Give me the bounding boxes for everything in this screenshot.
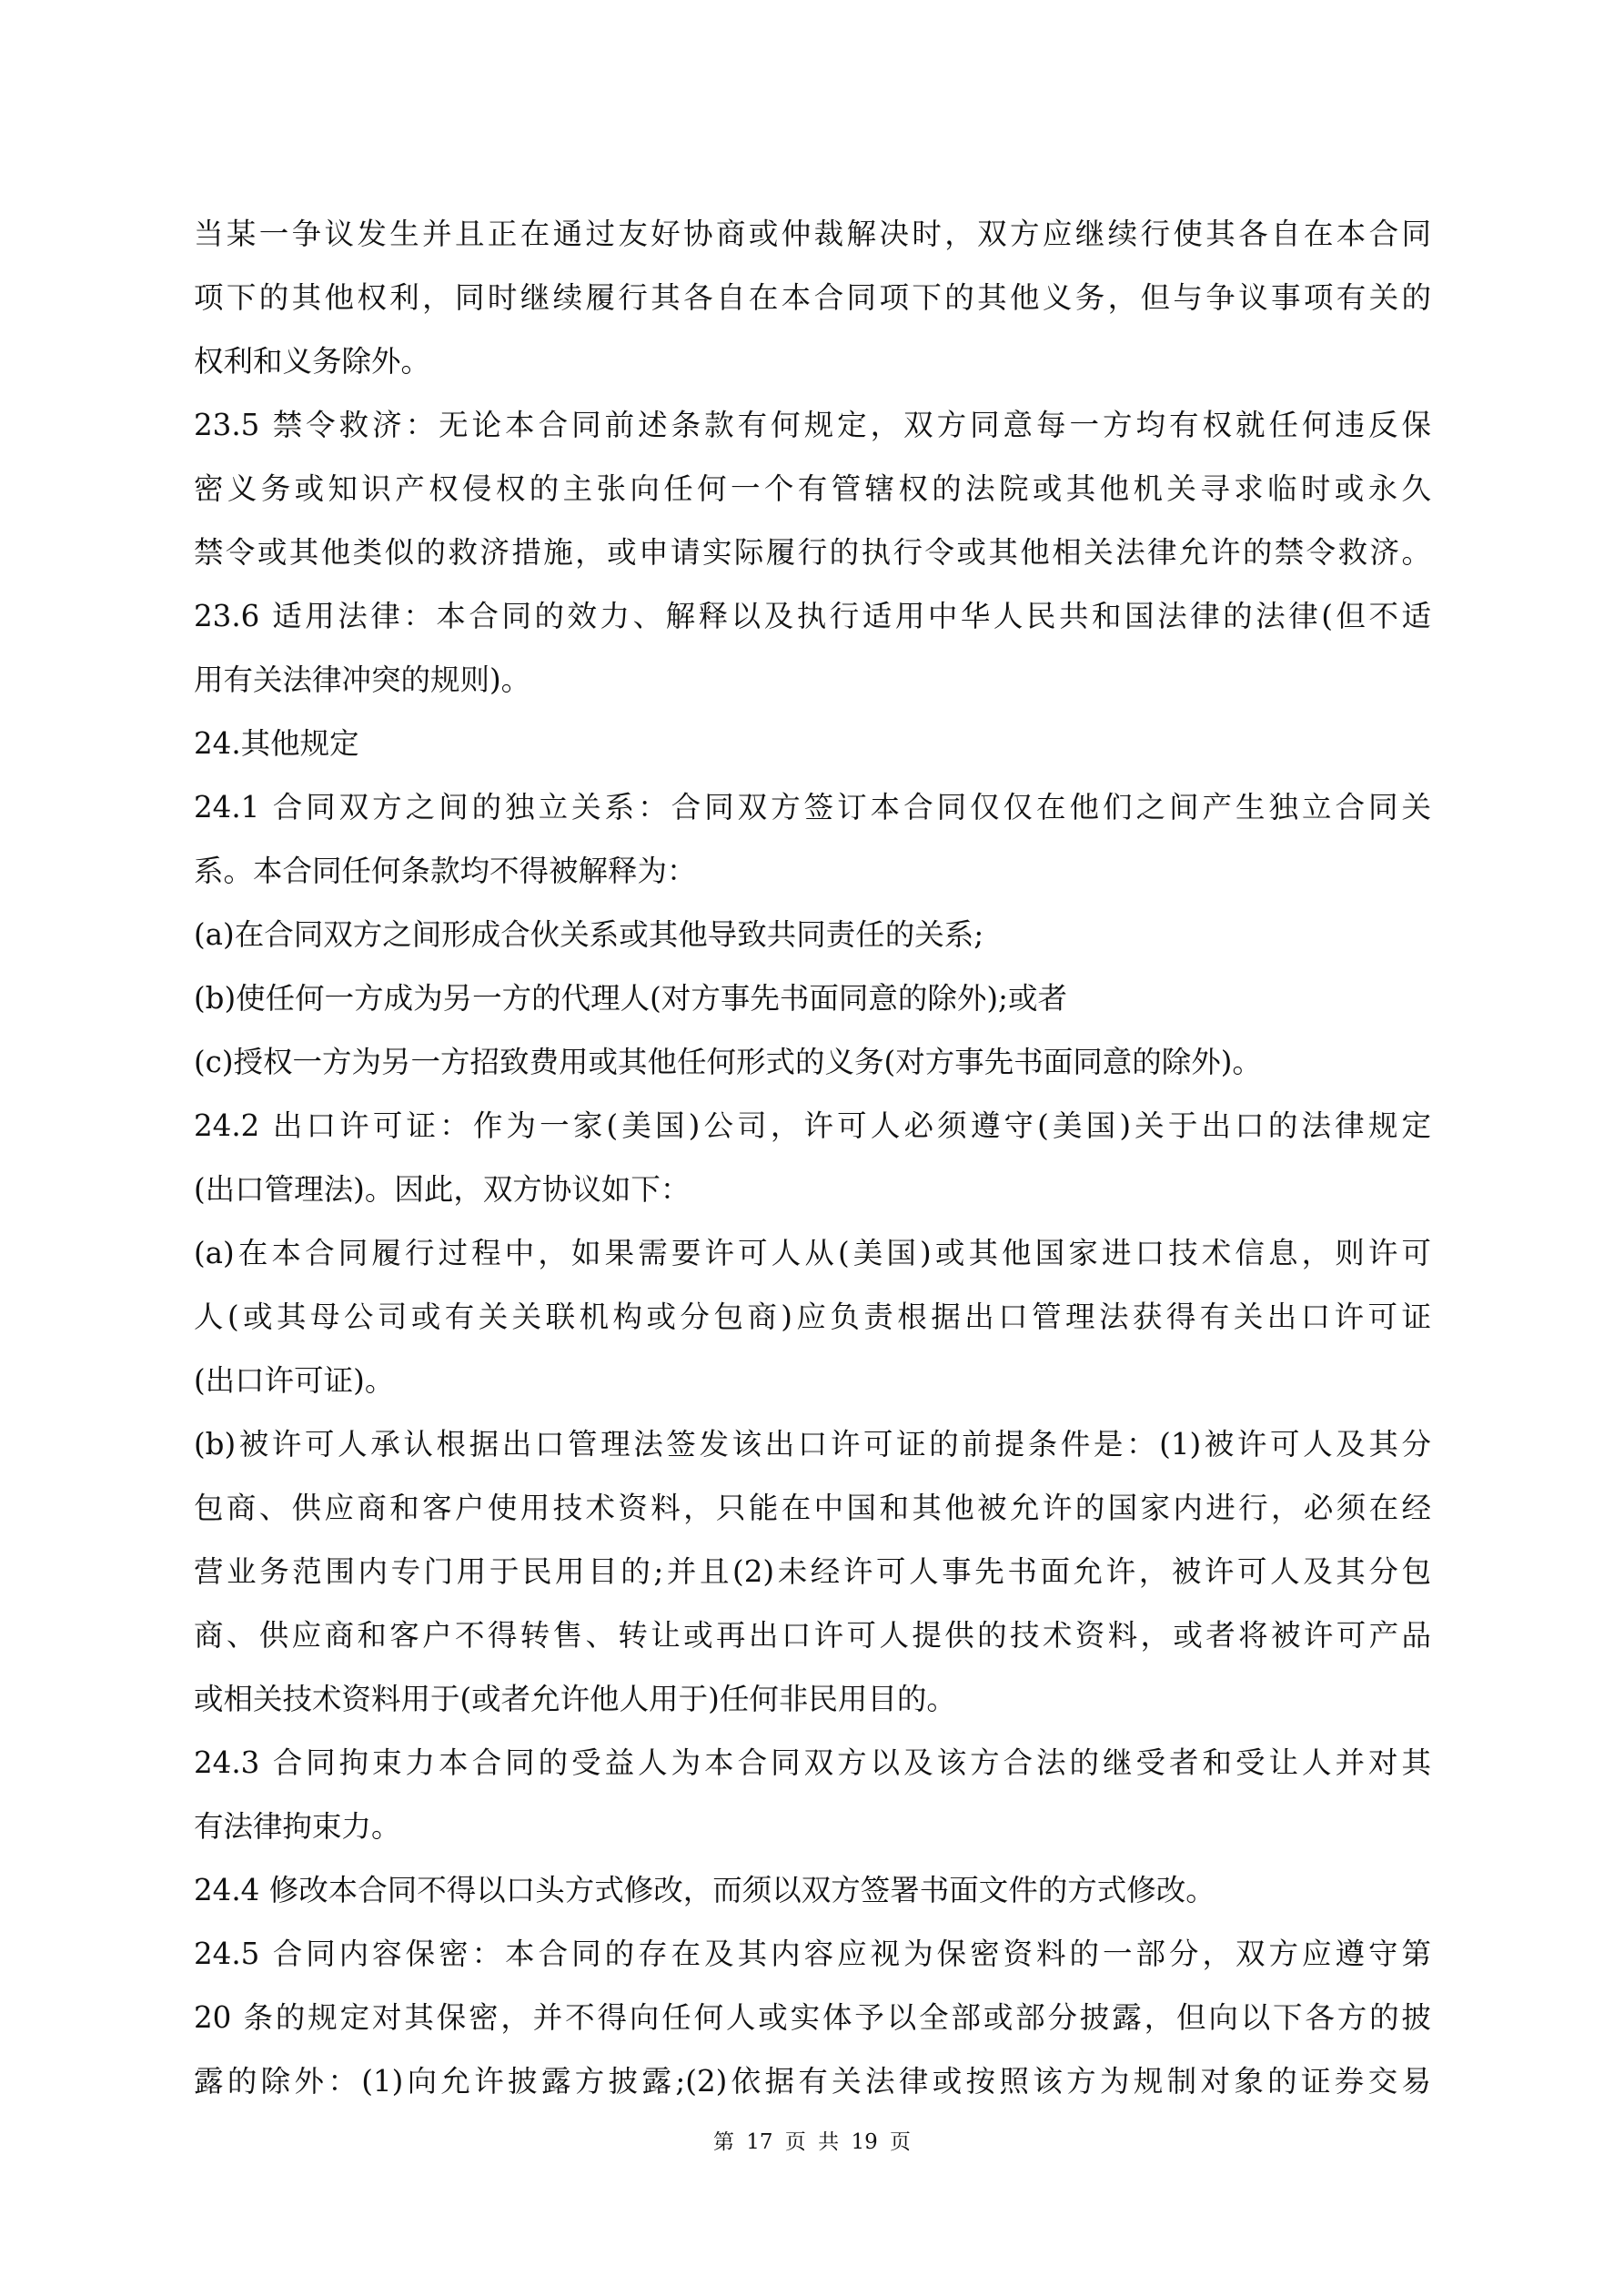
clause-24-5-line: 24.5 合同内容保密：本合同的存在及其内容应视为保密资料的一部分，双方应遵守第: [194, 1922, 1431, 1986]
clause-24-2-line: 24.2 出口许可证：作为一家(美国)公司，许可人必须遵守(美国)关于出口的法律…: [194, 1094, 1431, 1158]
body-line: 20 条的规定对其保密，并不得向任何人或实体予以全部或部分披露，但向以下各方的披: [194, 1986, 1431, 2049]
body-line: 当某一争议发生并且正在通过友好协商或仲裁解决时，双方应继续行使其各自在本合同: [194, 202, 1431, 266]
body-line: 或相关技术资料用于(或者允许他人用于)任何非民用目的。: [194, 1667, 1431, 1731]
body-line: 禁令或其他类似的救济措施，或申请实际履行的执行令或其他相关法律允许的禁令救济。: [194, 521, 1431, 584]
document-body: 当某一争议发生并且正在通过友好协商或仲裁解决时，双方应继续行使其各自在本合同 项…: [194, 202, 1431, 2113]
clause-24-1-line: 24.1 合同双方之间的独立关系：合同双方签订本合同仅仅在他们之间产生独立合同关: [194, 775, 1431, 839]
clause-23-5-line: 23.5 禁令救济：无论本合同前述条款有何规定，双方同意每一方均有权就任何违反保: [194, 393, 1431, 457]
body-line: 权利和义务除外。: [194, 329, 1431, 393]
body-line: 人(或其母公司或有关关联机构或分包商)应负责根据出口管理法获得有关出口许可证: [194, 1285, 1431, 1349]
list-item-c: (c)授权一方为另一方招致费用或其他任何形式的义务(对方事先书面同意的除外)。: [194, 1030, 1431, 1094]
body-line: 包商、供应商和客户使用技术资料，只能在中国和其他被允许的国家内进行，必须在经: [194, 1476, 1431, 1540]
list-item-b: (b)被许可人承认根据出口管理法签发该出口许可证的前提条件是：(1)被许可人及其…: [194, 1412, 1431, 1476]
body-line: 用有关法律冲突的规则)。: [194, 648, 1431, 712]
body-line: 有法律拘束力。: [194, 1795, 1431, 1858]
body-line: 系。本合同任何条款均不得被解释为：: [194, 839, 1431, 903]
list-item-a: (a)在本合同履行过程中，如果需要许可人从(美国)或其他国家进口技术信息，则许可: [194, 1221, 1431, 1285]
list-item-b: (b)使任何一方成为另一方的代理人(对方事先书面同意的除外);或者: [194, 966, 1431, 1030]
document-page: 当某一争议发生并且正在通过友好协商或仲裁解决时，双方应继续行使其各自在本合同 项…: [0, 0, 1624, 2296]
clause-23-6-line: 23.6 适用法律：本合同的效力、解释以及执行适用中华人民共和国法律的法律(但不…: [194, 584, 1431, 648]
body-line: 营业务范围内专门用于民用目的;并且(2)未经许可人事先书面允许，被许可人及其分包: [194, 1540, 1431, 1603]
body-line: 密义务或知识产权侵权的主张向任何一个有管辖权的法院或其他机关寻求临时或永久: [194, 457, 1431, 521]
body-line: (出口许可证)。: [194, 1349, 1431, 1412]
list-item-a: (a)在合同双方之间形成合伙关系或其他导致共同责任的关系;: [194, 903, 1431, 966]
section-24-heading: 24.其他规定: [194, 712, 1431, 775]
clause-24-3-line: 24.3 合同拘束力本合同的受益人为本合同双方以及该方合法的继受者和受让人并对其: [194, 1731, 1431, 1795]
body-line: 露的除外：(1)向允许披露方披露;(2)依据有关法律或按照该方为规制对象的证券交…: [194, 2049, 1431, 2113]
page-number-footer: 第 17 页 共 19 页: [0, 2125, 1624, 2155]
body-line: (出口管理法)。因此，双方协议如下：: [194, 1158, 1431, 1221]
body-line: 商、供应商和客户不得转售、转让或再出口许可人提供的技术资料，或者将被许可产品: [194, 1603, 1431, 1667]
body-line: 项下的其他权利，同时继续履行其各自在本合同项下的其他义务，但与争议事项有关的: [194, 266, 1431, 329]
clause-24-4-line: 24.4 修改本合同不得以口头方式修改，而须以双方签署书面文件的方式修改。: [194, 1858, 1431, 1922]
